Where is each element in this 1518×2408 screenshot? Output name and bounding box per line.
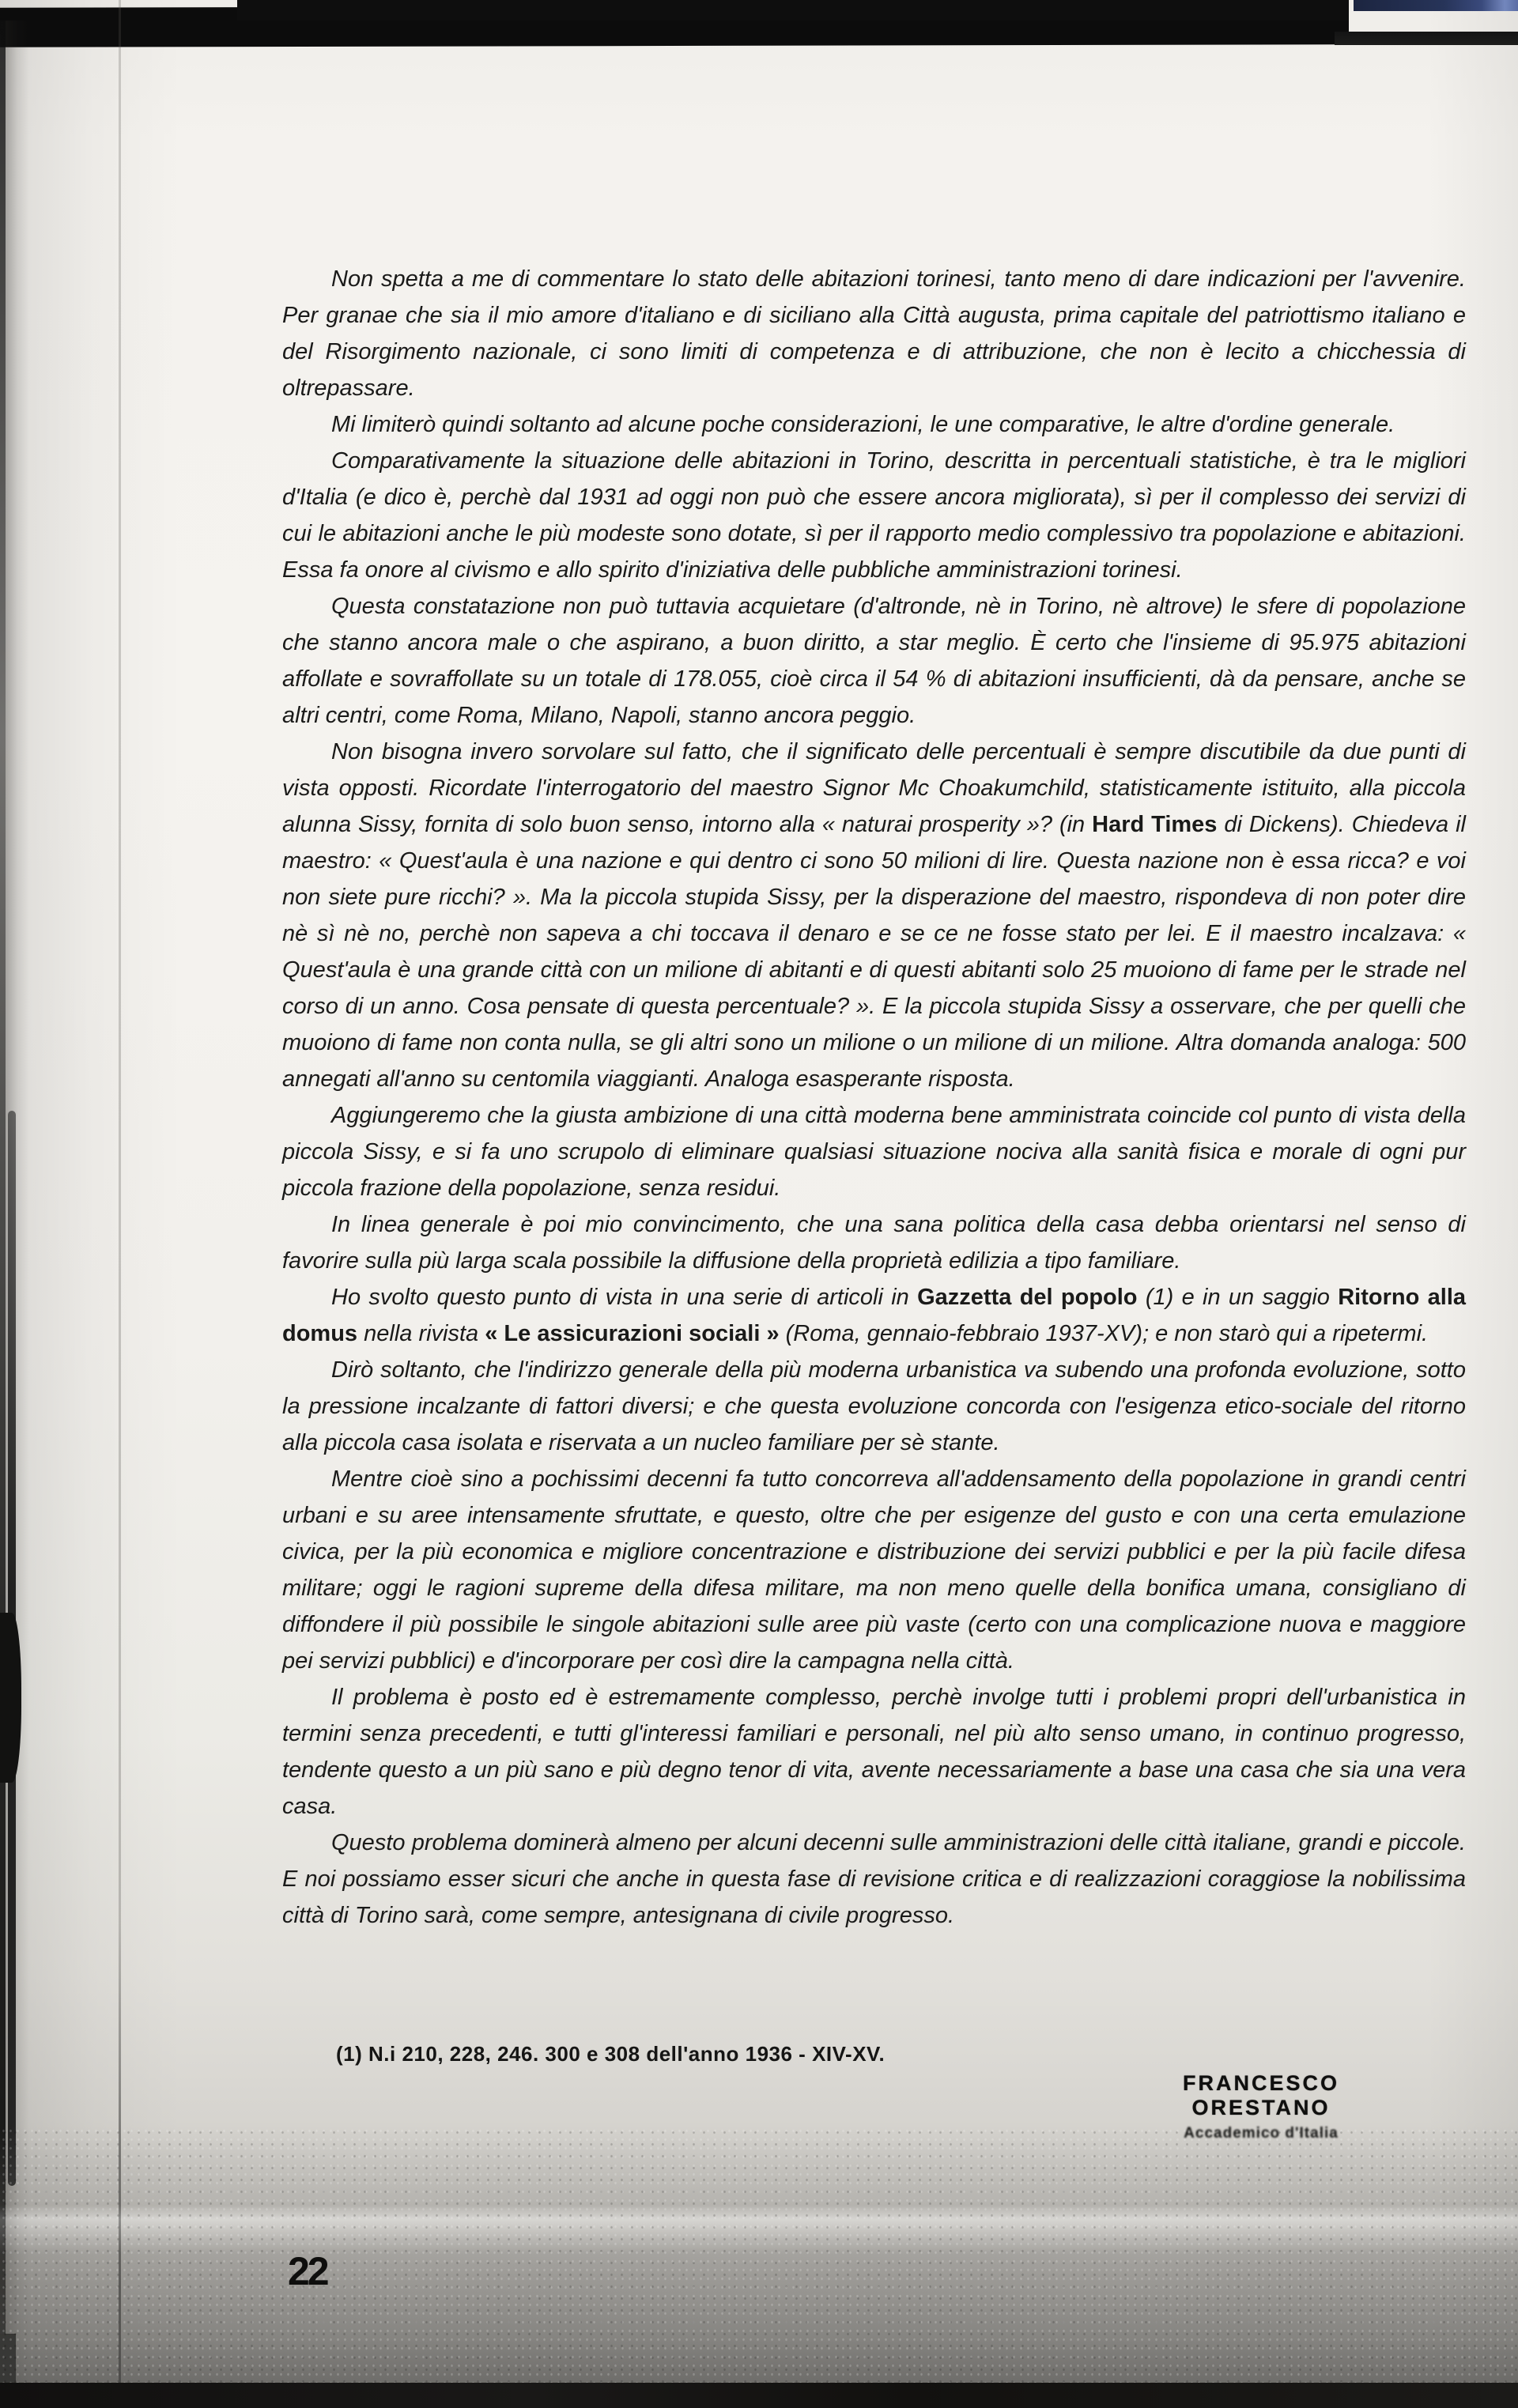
paragraph: Questa constatazione non può tuttavia ac… (282, 588, 1466, 734)
text-segment: Hard Times (1092, 812, 1217, 837)
paragraph: Il problema è posto ed è estremamente co… (282, 1679, 1466, 1825)
text-segment: Ho svolto questo punto di vista in una s… (331, 1285, 917, 1310)
paragraph: In linea generale è poi mio convinciment… (282, 1206, 1466, 1279)
paragraph: Ho svolto questo punto di vista in una s… (282, 1279, 1466, 1352)
paragraph: Mi limiterò quindi soltanto ad alcune po… (282, 406, 1466, 443)
scan-top-edge-line (1335, 32, 1518, 45)
text-segment: Questa constatazione non può tuttavia ac… (282, 594, 1466, 728)
text-segment: Il problema è posto ed è estremamente co… (282, 1685, 1466, 1819)
paragraph: Questo problema dominerà almeno per alcu… (282, 1825, 1466, 1934)
text-segment: (1) e in un saggio (1138, 1285, 1339, 1310)
text-segment: Gazzetta del popolo (917, 1285, 1137, 1310)
signature-block: FRANCESCO ORESTANO Accademico d'Italia (1123, 2071, 1399, 2142)
paragraph: Mentre cioè sino a pochissimi decenni fa… (282, 1461, 1466, 1679)
text-segment: Comparativamente la situazione delle abi… (282, 448, 1466, 583)
text-segment: Dirò soltanto, che l'indirizzo generale … (282, 1357, 1466, 1455)
scan-left-ink-blob (0, 1613, 21, 1783)
text-segment: In linea generale è poi mio convinciment… (282, 1212, 1466, 1274)
text-segment: Questo problema dominerà almeno per alcu… (282, 1830, 1466, 1928)
paragraph: Non spetta a me di commentare lo stato d… (282, 261, 1466, 406)
text-segment: (Roma, gennaio-febbraio 1937-XV); e non … (780, 1321, 1429, 1346)
scan-bottom-texture (0, 2127, 1518, 2408)
scan-bottom-edge-bar (0, 2383, 1518, 2408)
text-segment: Non spetta a me di commentare lo stato d… (282, 266, 1466, 401)
scan-blue-edge-bar (1354, 0, 1518, 11)
author-title: Accademico d'Italia (1123, 2125, 1399, 2142)
text-segment: « Le assicurazioni sociali » (485, 1321, 779, 1346)
text-segment: nella rivista (357, 1321, 485, 1346)
scan-top-band-upper (237, 0, 1349, 21)
scanned-page: Non spetta a me di commentare lo stato d… (0, 0, 1518, 2408)
text-segment: di Dickens). Chiedeva il maestro: « Ques… (282, 812, 1466, 1092)
paragraph: Comparativamente la situazione delle abi… (282, 443, 1466, 588)
text-segment: Mentre cioè sino a pochissimi decenni fa… (282, 1466, 1466, 1674)
paragraph: Aggiungeremo che la giusta ambizione di … (282, 1097, 1466, 1206)
text-segment: Mi limiterò quindi soltanto ad alcune po… (331, 412, 1395, 437)
scan-left-edge-line (0, 21, 6, 2408)
text-segment: Aggiungeremo che la giusta ambizione di … (282, 1103, 1466, 1201)
author-name: FRANCESCO ORESTANO (1123, 2071, 1399, 2120)
article-body: Non spetta a me di commentare lo stato d… (282, 261, 1466, 1934)
page-fold-line (119, 0, 121, 2408)
paragraph: Non bisogna invero sorvolare sul fatto, … (282, 734, 1466, 1097)
page-number: 22 (288, 2248, 327, 2294)
paragraph: Dirò soltanto, che l'indirizzo generale … (282, 1352, 1466, 1461)
footnote: (1) N.i 210, 228, 246. 300 e 308 dell'an… (336, 2042, 885, 2066)
